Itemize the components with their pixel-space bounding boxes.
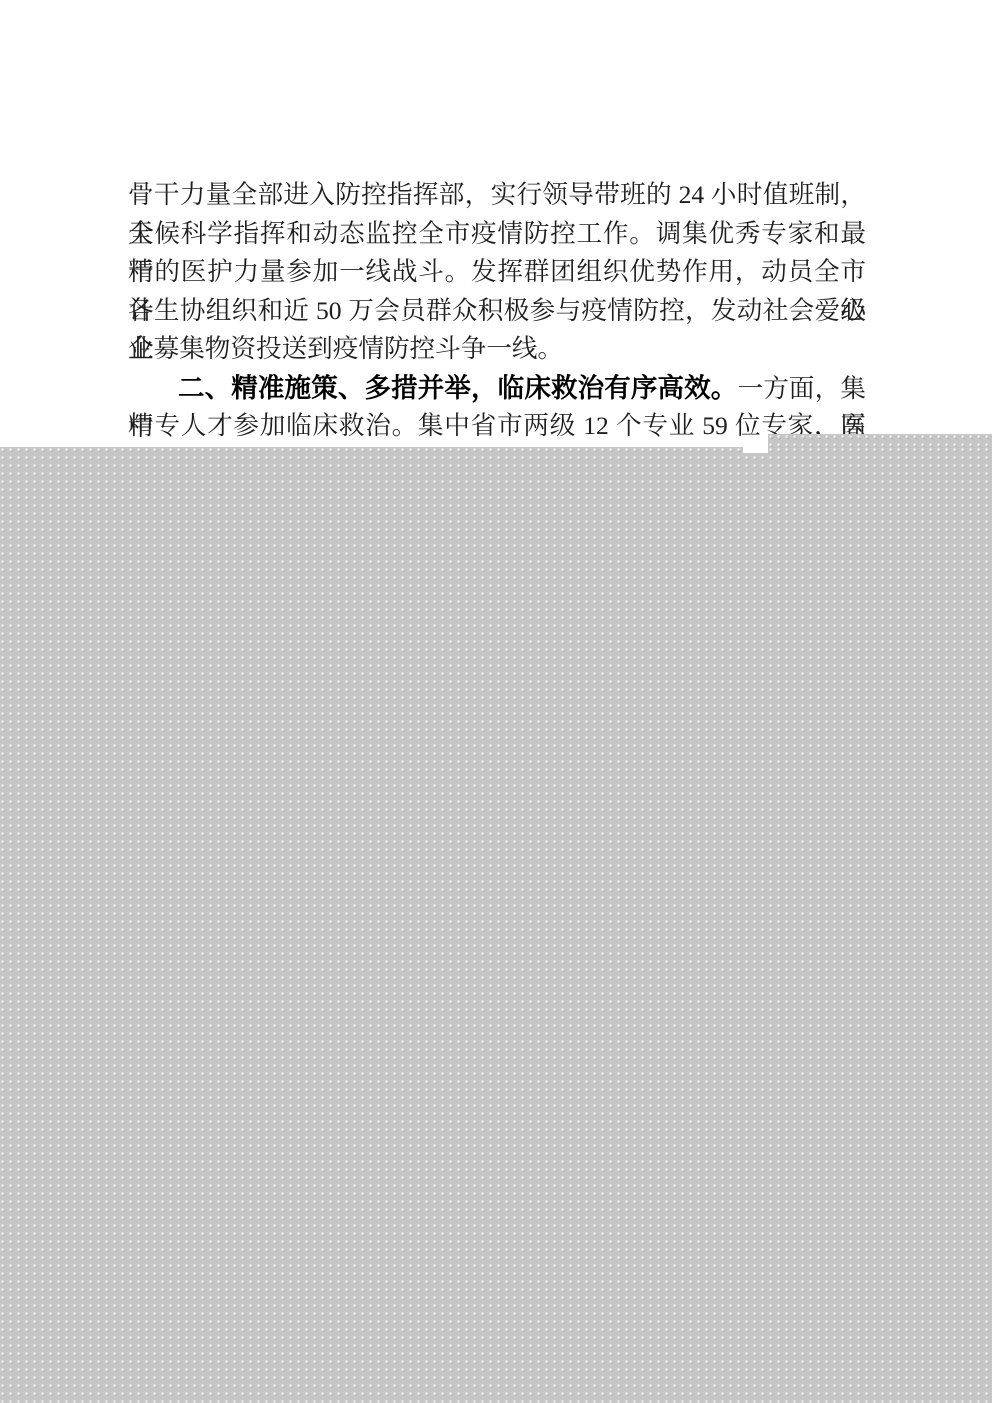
unrendered-placeholder-right <box>768 434 992 447</box>
paragraph1-line5: 业募集物资投送到疫情防控斗争一线。 <box>128 330 866 369</box>
unrendered-placeholder-main <box>0 447 992 1403</box>
document-page: 骨干力量全部进入防控指挥部，实行领导带班的 24 小时值班制，全 天候科学指挥和… <box>0 0 992 1403</box>
paragraph1-line1: 骨干力量全部进入防控指挥部，实行领导带班的 24 小时值班制，全 <box>128 176 866 215</box>
unrendered-placeholder-white-notch <box>743 447 768 453</box>
paragraph1-line4: 计生协组织和近 50 万会员群众积极参与疫情防控，发动社会爱心企 <box>128 292 866 331</box>
paragraph1-line2: 天候科学指挥和动态监控全市疫情防控工作。调集优秀专家和最精 <box>128 215 866 254</box>
screenshot-root: { "page": { "background_color": "#ffffff… <box>0 0 992 1403</box>
paragraph2-heading-bold-run: 二、精准施策、多措并举，临床救治有序高效。 <box>178 373 737 403</box>
paragraph2-heading-line: 二、精准施策、多措并举，临床救治有序高效。一方面，集中高 <box>128 369 866 408</box>
paragraph1-line3: 干的医护力量参加一线战斗。发挥群团组织优势作用，动员全市各级 <box>128 253 866 292</box>
paragraph2-line2: 精专人才参加临床救治。集中省市两级 12 个专业 59 位专家，医疗救 <box>128 407 866 446</box>
document-text-block: 骨干力量全部进入防控指挥部，实行领导带班的 24 小时值班制，全 天候科学指挥和… <box>128 176 866 446</box>
